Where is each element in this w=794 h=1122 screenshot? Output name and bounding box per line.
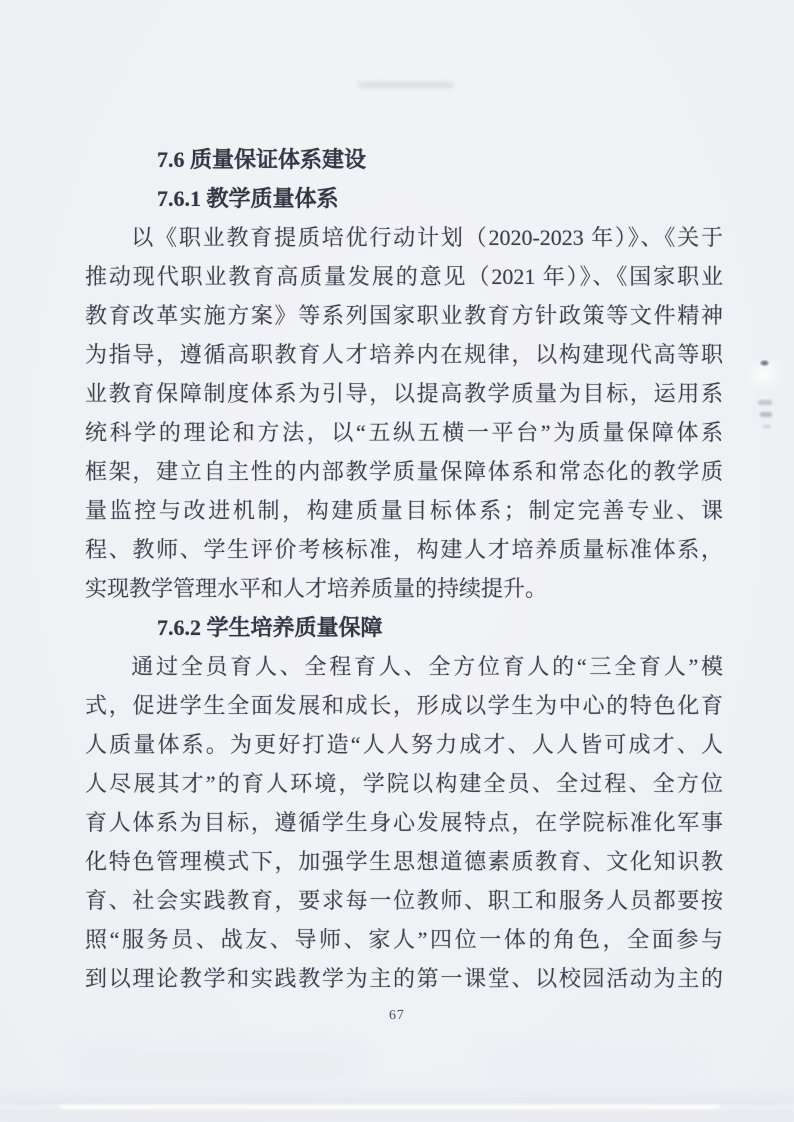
paragraph2-line: 人尽展其才”的育人环境，学院以构建全员、全过程、全方位 bbox=[85, 764, 723, 803]
scan-speck-artifact bbox=[763, 425, 771, 428]
paragraph1-line: 为指导，遵循高职教育人才培养内在规律，以构建现代高等职 bbox=[85, 335, 723, 374]
paragraph2-line: 育、社会实践教育，要求每一位教师、职工和服务人员都要按 bbox=[85, 881, 723, 920]
scan-speck-artifact bbox=[760, 412, 772, 417]
paragraph1-line: 推动现代职业教育高质量发展的意见（2021 年）》、《国家职业 bbox=[85, 257, 723, 296]
paragraph2-line: 式，促进学生全面发展和成长，形成以学生为中心的特色化育 bbox=[85, 686, 723, 725]
paragraph1-line: 量监控与改进机制，构建质量目标体系；制定完善专业、课 bbox=[85, 491, 723, 530]
paragraph2-line: 化特色管理模式下，加强学生思想道德素质教育、文化知识教 bbox=[85, 842, 723, 881]
paragraph2-line: 通过全员育人、全程育人、全方位育人的“三全育人”模 bbox=[85, 647, 723, 686]
paragraph1-line: 教育改革实施方案》等系列国家职业教育方针政策等文件精神 bbox=[85, 296, 723, 335]
paragraph1-line: 框架，建立自主性的内部教学质量保障体系和常态化的教学质 bbox=[85, 452, 723, 491]
section-heading-7-6-1: 7.6.1 教学质量体系 bbox=[85, 179, 723, 218]
paragraph1-line: 以《职业教育提质培优行动计划（2020-2023 年）》、《关于 bbox=[85, 218, 723, 257]
paragraph2-line: 到以理论教学和实践教学为主的第一课堂、以校园活动为主的 bbox=[85, 959, 723, 998]
scan-smudge-artifact bbox=[358, 82, 454, 88]
scan-bottom-edge bbox=[0, 1110, 794, 1122]
scan-speck-artifact bbox=[758, 400, 772, 405]
scanned-document-page: 7.6 质量保证体系建设 7.6.1 教学质量体系 以《职业教育提质培优行动计划… bbox=[0, 0, 794, 1122]
paragraph2-line: 照“服务员、战友、导师、家人”四位一体的角色，全面参与 bbox=[85, 920, 723, 959]
page-number: 67 bbox=[0, 994, 794, 1038]
section-heading-7-6: 7.6 质量保证体系建设 bbox=[85, 140, 723, 179]
text-block: 7.6 质量保证体系建设 7.6.1 教学质量体系 以《职业教育提质培优行动计划… bbox=[85, 140, 723, 998]
scan-edge-highlight bbox=[60, 1105, 720, 1109]
scan-blotch-artifact bbox=[70, 1040, 370, 1090]
paragraph1-line: 统科学的理论和方法，以“五纵五横一平台”为质量保障体系 bbox=[85, 413, 723, 452]
paragraph1-line: 业教育保障制度体系为引导，以提高教学质量为目标，运用系 bbox=[85, 374, 723, 413]
section-heading-7-6-2: 7.6.2 学生培养质量保障 bbox=[85, 608, 723, 647]
scan-blotch-artifact bbox=[480, 1045, 700, 1090]
paragraph1-line: 实现教学管理水平和人才培养质量的持续提升。 bbox=[85, 569, 723, 608]
paragraph2-line: 人质量体系。为更好打造“人人努力成才、人人皆可成才、人 bbox=[85, 725, 723, 764]
scan-speck-artifact bbox=[760, 360, 769, 366]
paragraph1-line: 程、教师、学生评价考核标准，构建人才培养质量标准体系， bbox=[85, 530, 723, 569]
paragraph2-line: 育人体系为目标，遵循学生身心发展特点，在学院标准化军事 bbox=[85, 803, 723, 842]
scan-shadow-band bbox=[0, 1088, 794, 1104]
scan-speck-halo bbox=[752, 365, 776, 383]
